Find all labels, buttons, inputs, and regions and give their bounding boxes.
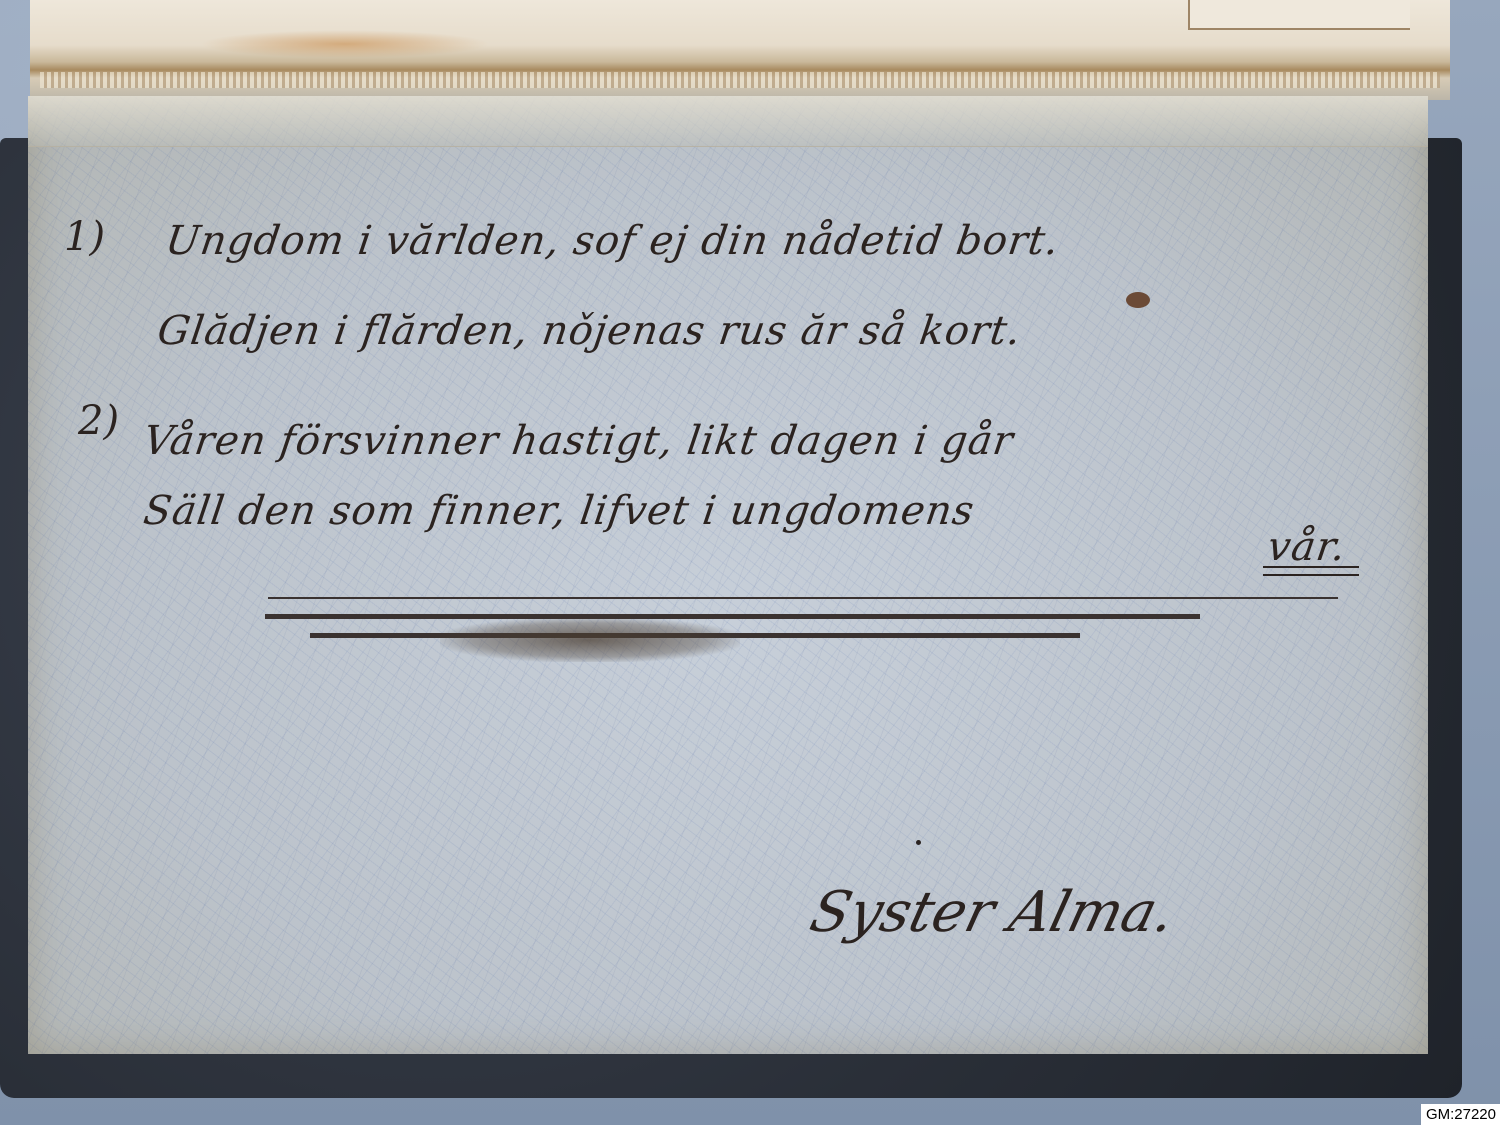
spine-stitching	[40, 72, 1440, 88]
verse-2-line-2: Säll den som finner, lifvet i ungdomens	[141, 488, 978, 534]
verse-2-number: 2)	[78, 398, 119, 444]
torn-page-flap	[1188, 0, 1410, 30]
verse-1-number: 1)	[64, 214, 105, 260]
ink-blot	[1126, 292, 1150, 308]
verse-1-line-2: Glădjen i flărden, nǒjenas rus ăr så kor…	[155, 308, 1025, 354]
ink-dot	[916, 840, 921, 845]
verse-1-line-1: Ungdom i vărlden, sof ej din nådetid bor…	[163, 218, 1063, 264]
verse-2-line-1: Våren försvinner hastigt, likt dagen i g…	[141, 418, 1017, 464]
upper-page-torn-edge	[30, 0, 1450, 100]
double-underline	[1263, 566, 1359, 576]
ink-smear	[440, 618, 740, 662]
endpaper-page: 1) Ungdom i vărlden, sof ej din nådetid …	[28, 96, 1428, 1054]
verse-2-line-3: vår.	[1265, 524, 1349, 570]
catalog-id-label: GM:27220	[1421, 1104, 1500, 1125]
divider-line-1	[268, 597, 1338, 599]
water-stain	[200, 30, 490, 58]
signature: Syster Alma.	[804, 880, 1182, 945]
endpaper-fold	[28, 96, 1428, 147]
